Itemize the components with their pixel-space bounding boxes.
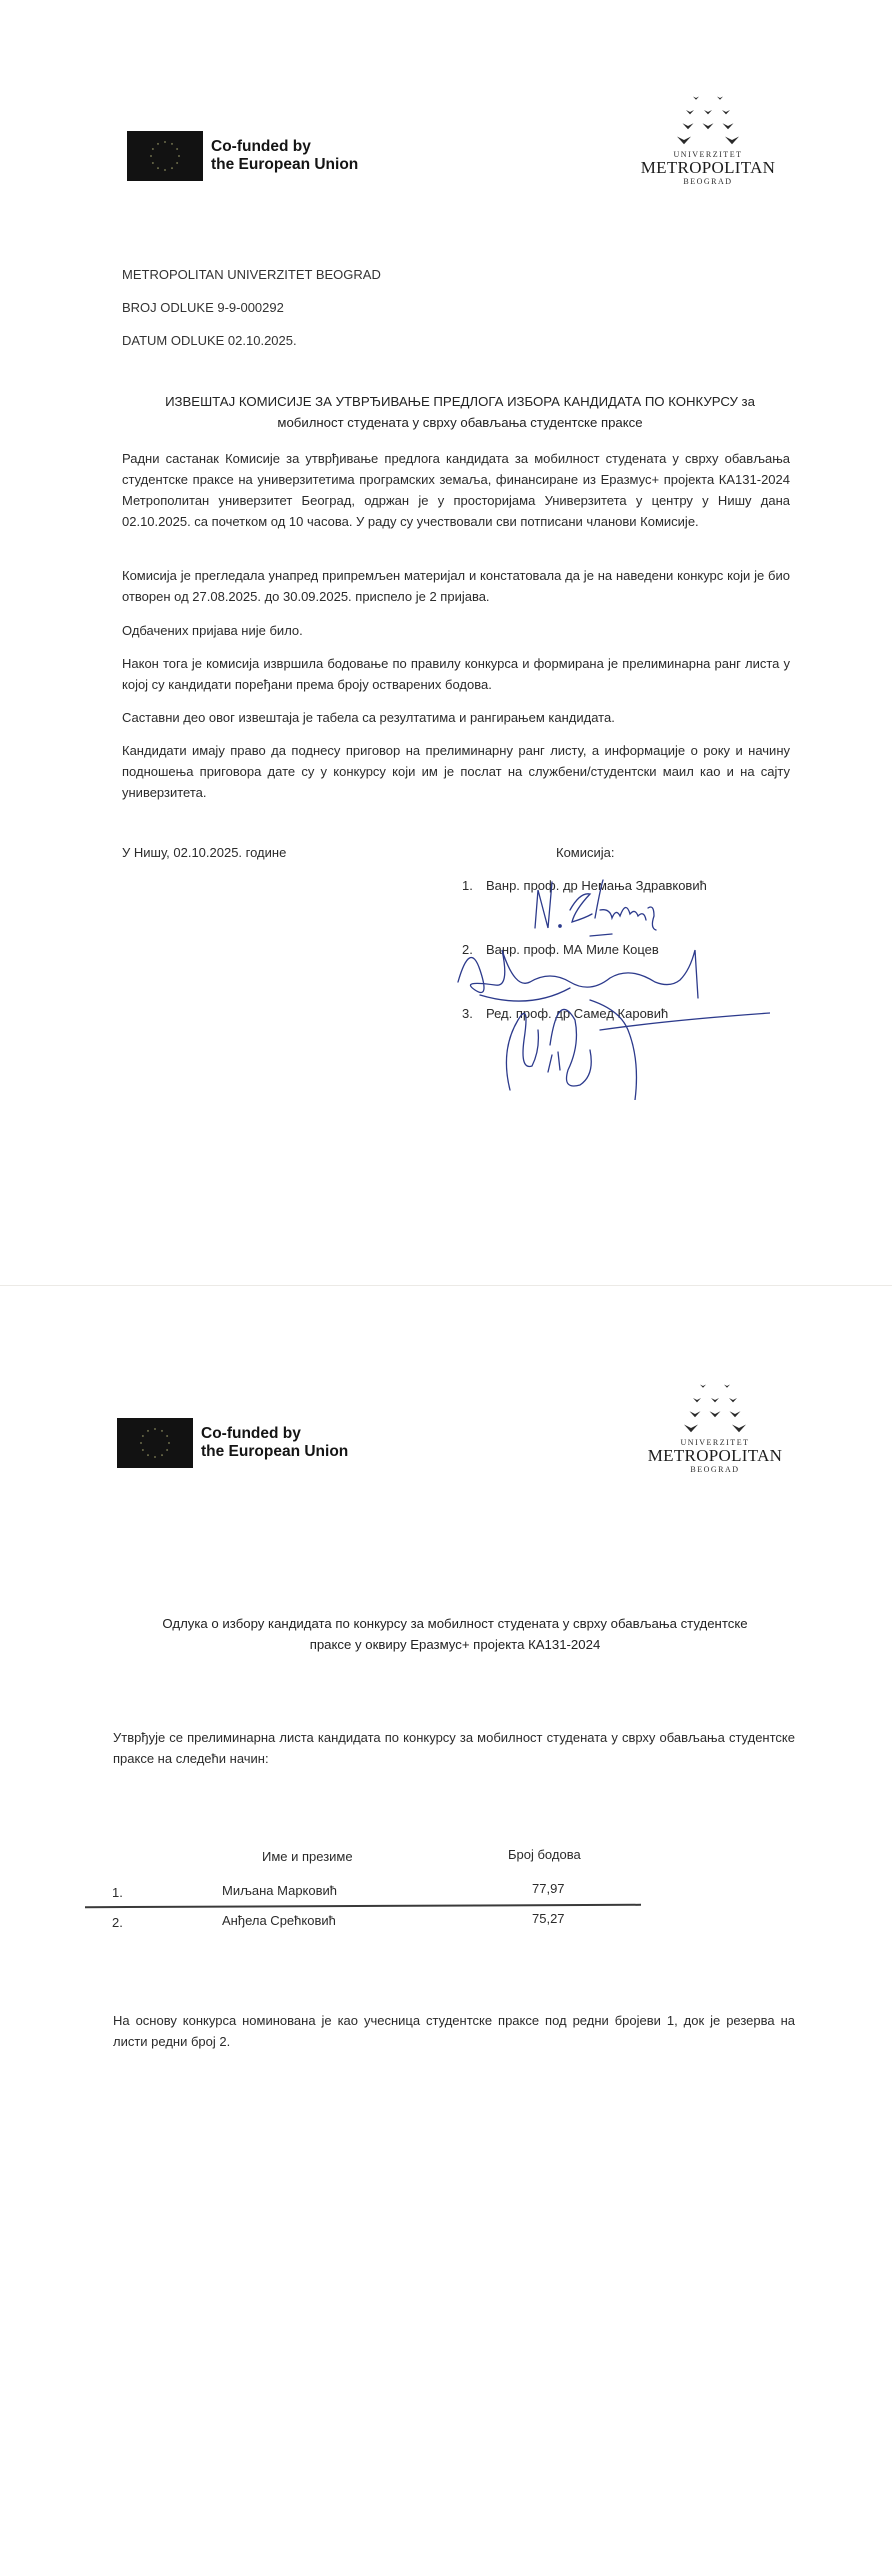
eu-flag-icon <box>117 1418 193 1468</box>
eu-cofunded-text: Co-funded by the European Union <box>211 138 358 174</box>
table-header-points: Број бодова <box>508 1847 581 1862</box>
decision-title: Одлука о избору кандидата по конкурсу за… <box>105 1613 805 1655</box>
paragraph-table-note: Саставни део овог извештаја је табела са… <box>122 707 790 728</box>
eu-cofunded-logo: Co-funded by the European Union <box>127 131 358 181</box>
paragraph-review: Комисија је прегледала унапред припремље… <box>122 565 790 607</box>
chevrons-icon <box>668 92 748 150</box>
eu-flag-icon <box>127 131 203 181</box>
table-cell-points: 77,97 <box>532 1881 565 1896</box>
eu-cofunded-logo: Co-funded by the European Union <box>117 1418 348 1468</box>
decision-date: DATUM ODLUKE 02.10.2025. <box>122 333 297 348</box>
table-cell-rank: 1. <box>112 1885 123 1900</box>
institution-name: METROPOLITAN UNIVERZITET BEOGRAD <box>122 267 381 282</box>
paragraph-rejected: Одбачених пријава није било. <box>122 620 790 641</box>
decision-conclusion: На основу конкурса номинована је као уче… <box>113 2010 795 2052</box>
table-cell-name: Анђела Срећковић <box>222 1913 336 1928</box>
table-header-name: Име и презиме <box>262 1849 353 1864</box>
document-page-1: Co-funded by the European Union UNIVERZI… <box>0 0 892 1285</box>
paragraph-meeting: Радни састанак Комисије за утврђивање пр… <box>122 448 790 532</box>
place-and-date: У Нишу, 02.10.2025. године <box>122 845 286 860</box>
table-cell-name: Миљана Марковић <box>222 1883 337 1898</box>
committee-signatures <box>440 870 770 1100</box>
document-page-2 <box>0 1286 892 2560</box>
metropolitan-university-logo: UNIVERZITET METROPOLITAN BEOGRAD <box>645 1380 785 1474</box>
chevrons-icon <box>675 1380 755 1438</box>
report-title: ИЗВЕШТАЈ КОМИСИЈЕ ЗА УТВРЂИВАЊЕ ПРЕДЛОГА… <box>110 391 810 433</box>
table-cell-points: 75,27 <box>532 1911 565 1926</box>
table-cell-rank: 2. <box>112 1915 123 1930</box>
metropolitan-university-logo: UNIVERZITET METROPOLITAN BEOGRAD <box>638 92 778 186</box>
committee-label: Комисија: <box>556 845 615 860</box>
decision-intro: Утврђује се прелиминарна листа кандидата… <box>113 1727 795 1769</box>
paragraph-scoring: Након тога је комисија извршила бодовање… <box>122 653 790 695</box>
eu-cofunded-text: Co-funded by the European Union <box>201 1425 348 1461</box>
decision-number: BROJ ODLUKE 9-9-000292 <box>122 300 284 315</box>
paragraph-appeal: Кандидати имају право да поднесу пригово… <box>122 740 790 803</box>
